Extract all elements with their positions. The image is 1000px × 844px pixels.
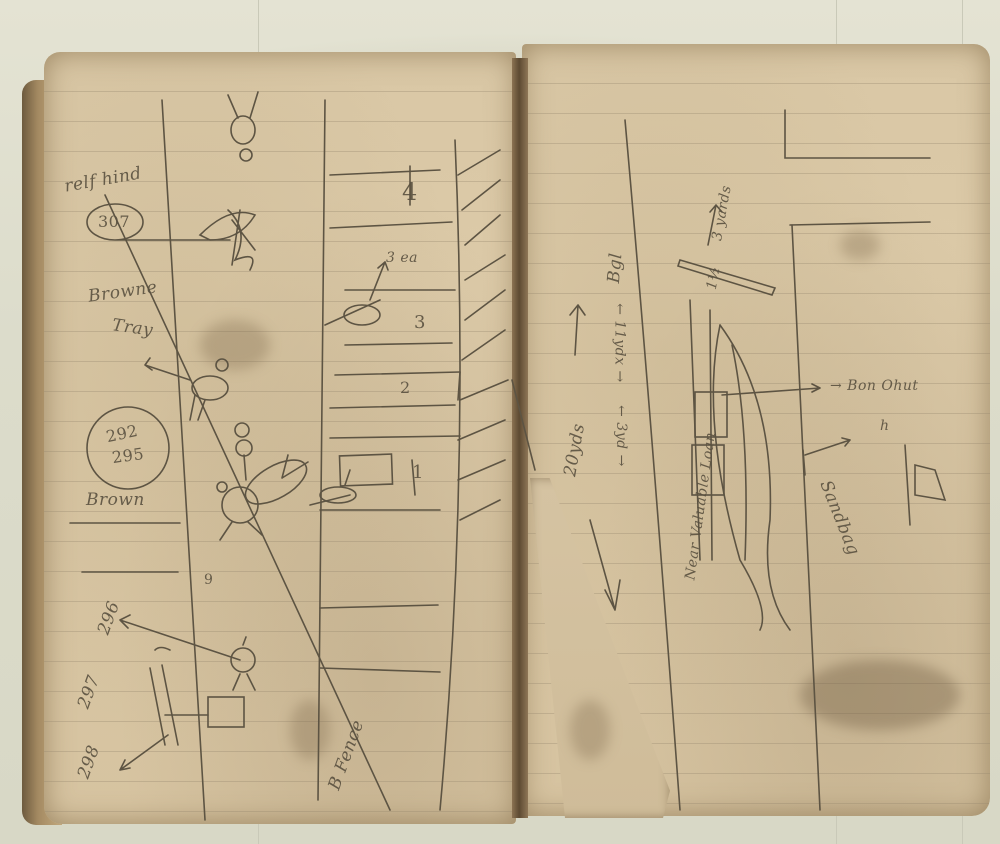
- ladder-number-2: 2: [400, 378, 411, 397]
- guide-line: [625, 120, 680, 810]
- ladder-number-3: 3: [414, 312, 426, 333]
- note-11ydx: ← 11ydx →: [612, 303, 628, 382]
- note-circled-307: 307: [98, 212, 130, 231]
- note-bgl: Bgl: [604, 252, 627, 284]
- ladder-number-1: 1: [412, 462, 424, 483]
- notebook-photo: relf hind 307 Browne Tray 292 295 Brown …: [0, 0, 1000, 844]
- guide-line: [318, 100, 325, 800]
- guide-line: [440, 140, 460, 810]
- note-3yd: ← 3yd →: [613, 405, 629, 467]
- note-h: h: [880, 418, 890, 434]
- pencil-sketches: [0, 0, 1000, 844]
- bracket-line: [785, 110, 930, 158]
- ladder-number-4: 4: [402, 178, 418, 206]
- note-9: 9: [204, 572, 213, 588]
- guide-line: [162, 100, 205, 820]
- note-3-ea: 3 ea: [386, 250, 418, 266]
- note-brown: Brown: [86, 490, 145, 510]
- note-bon-ohut: → Bon Ohut: [830, 378, 919, 394]
- guide-line: [792, 225, 820, 810]
